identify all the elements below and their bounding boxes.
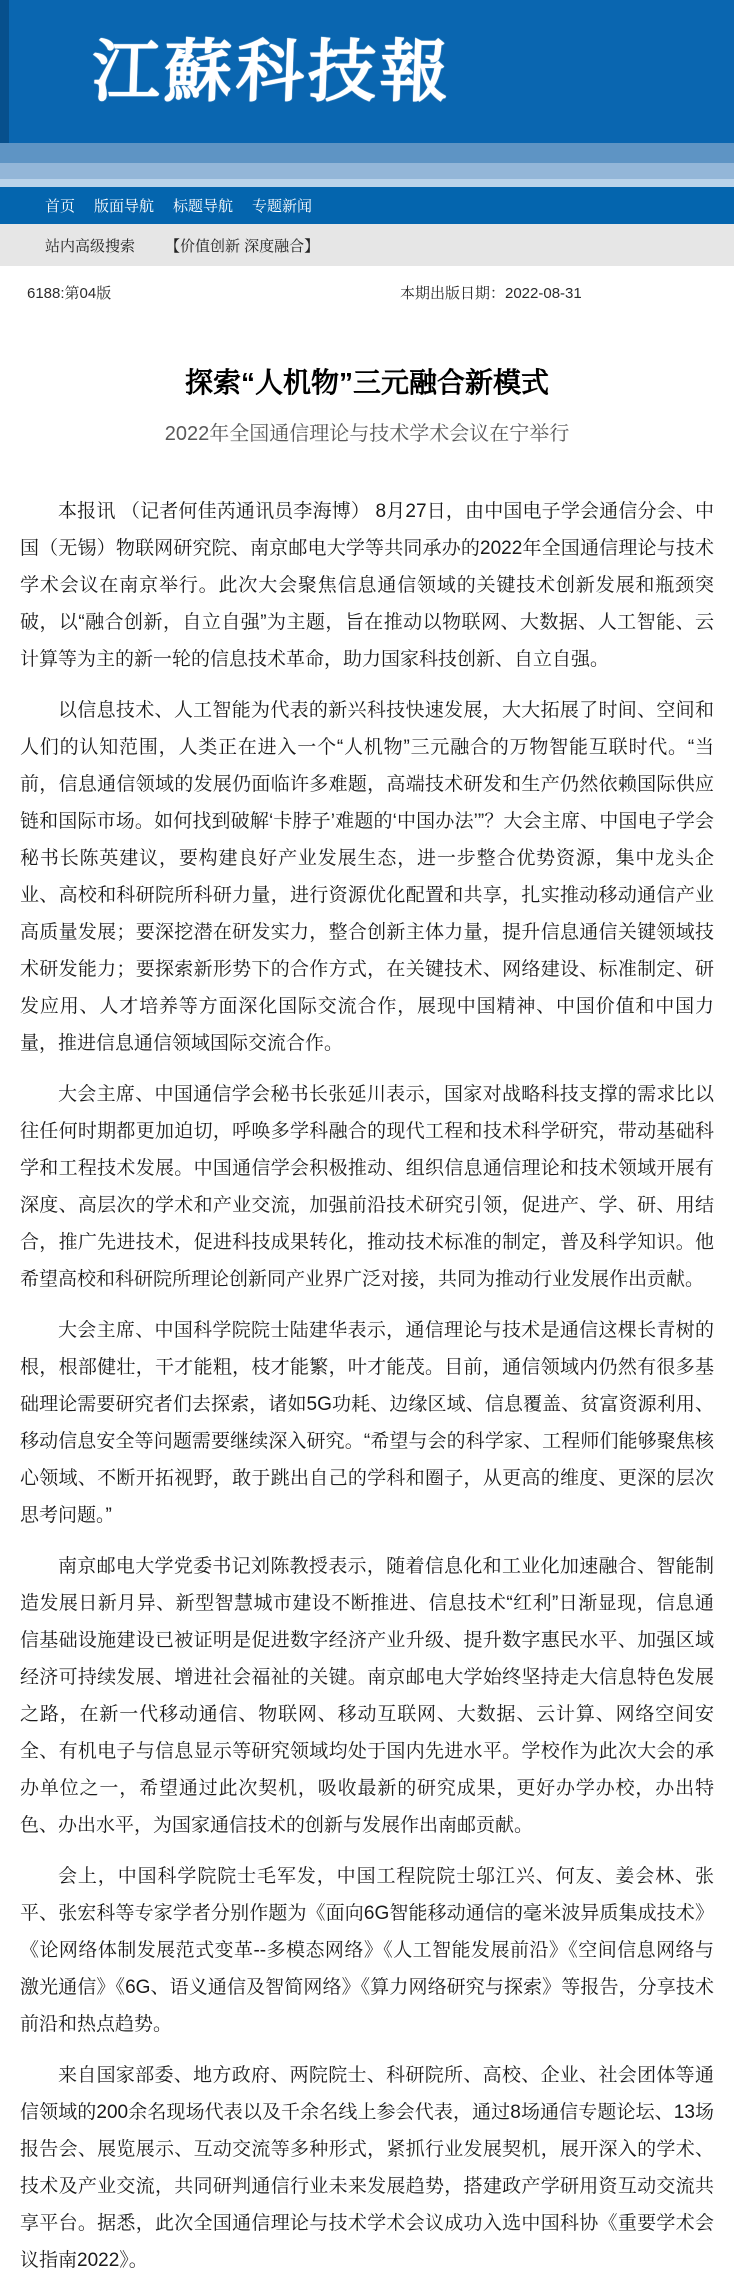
- article-paragraph: 本报讯 （记者何佳芮通讯员李海博） 8月27日，由中国电子学会通信分会、中国（无…: [20, 493, 714, 678]
- slogan-link[interactable]: 【价值创新 深度融合】: [165, 235, 319, 256]
- article-paragraph: 会上，中国科学院院士毛军发，中国工程院院士邬江兴、何友、姜会林、张平、张宏科等专…: [20, 1858, 714, 2043]
- article-title: 探索“人机物”三元融合新模式: [20, 361, 714, 401]
- article: 探索“人机物”三元融合新模式 2022年全国通信理论与技术学术会议在宁举行 本报…: [0, 361, 734, 2279]
- masthead-banner: 江蘇科技報: [0, 0, 734, 143]
- nav-item-4[interactable]: 专题新闻: [252, 195, 312, 216]
- article-paragraph: 以信息技术、人工智能为代表的新兴科技快速发展，大大拓展了时间、空间和人们的认知范…: [20, 692, 714, 1062]
- article-paragraph: 大会主席、中国通信学会秘书长张延川表示，国家对战略科技支撑的需求比以往任何时期都…: [20, 1076, 714, 1298]
- article-paragraph: 大会主席、中国科学院院士陆建华表示，通信理论与技术是通信这棵长青树的根，根部健壮…: [20, 1312, 714, 1534]
- publish-date: 本期出版日期：2022-08-31: [400, 282, 582, 303]
- sub-nav: 站内高级搜索 【价值创新 深度融合】: [0, 224, 734, 266]
- nav-item-3[interactable]: 标题导航: [173, 195, 233, 216]
- main-nav: 首页版面导航标题导航专题新闻: [0, 187, 734, 224]
- issue-number: 6188:第04版: [27, 282, 111, 303]
- article-paragraph: 来自国家部委、地方政府、两院院士、科研院所、高校、企业、社会团体等通信领域的20…: [20, 2057, 714, 2279]
- nav-item-1[interactable]: 首页: [45, 195, 75, 216]
- advanced-search-link[interactable]: 站内高级搜索: [45, 235, 135, 256]
- article-subtitle: 2022年全国通信理论与技术学术会议在宁举行: [20, 417, 714, 446]
- article-paragraph: 南京邮电大学党委书记刘陈教授表示，随着信息化和工业化加速融合、智能制造发展日新月…: [20, 1548, 714, 1844]
- header-gradient-strip-2: [0, 163, 734, 179]
- newspaper-logo: 江蘇科技報: [0, 38, 453, 106]
- issue-bar: 6188:第04版 本期出版日期：2022-08-31: [0, 266, 734, 312]
- nav-item-2[interactable]: 版面导航: [94, 195, 154, 216]
- header-gradient-strip-1: [0, 143, 734, 163]
- article-body: 本报讯 （记者何佳芮通讯员李海博） 8月27日，由中国电子学会通信分会、中国（无…: [20, 493, 714, 2279]
- header-gradient-strip-3: [0, 179, 734, 187]
